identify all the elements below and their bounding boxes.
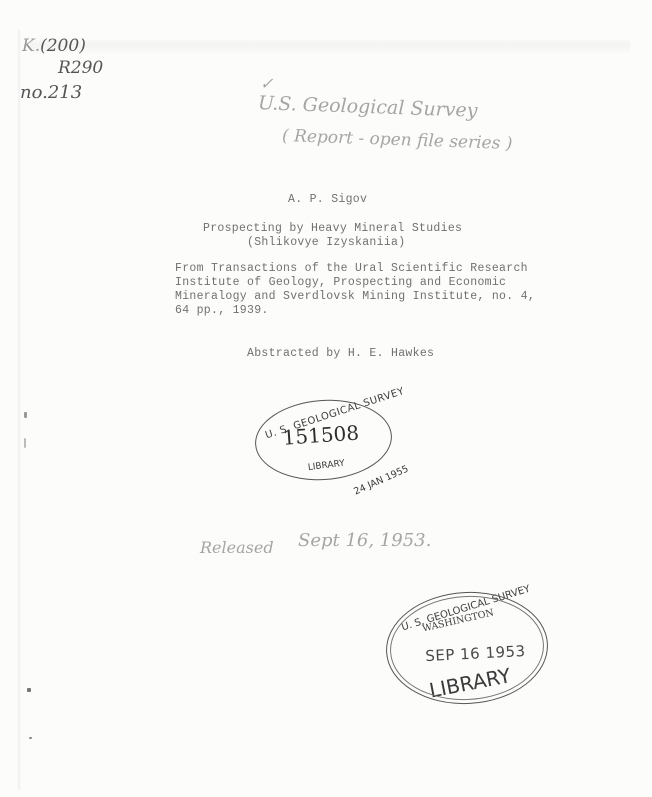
- document-subtitle: (Shlikovye Izyskaniia): [247, 236, 405, 250]
- check-mark: ✓: [260, 74, 273, 93]
- washington-library-stamp: U. S. GEOLOGICAL SURVEY WASHINGTON SEP 1…: [383, 588, 551, 708]
- document-title: Prospecting by Heavy Mineral Studies: [203, 222, 462, 236]
- source-line: From Transactions of the Ural Scientific…: [175, 262, 528, 276]
- handwritten-agency: U.S. Geological Survey: [258, 92, 478, 122]
- abstracted-by: Abstracted by H. E. Hawkes: [247, 347, 434, 361]
- page-edge: [18, 30, 21, 790]
- stamp-library-label: LIBRARY: [307, 459, 345, 473]
- stamp-arc-text: U. S. GEOLOGICAL SURVEY: [400, 584, 531, 634]
- source-line: Mineralogy and Sverdlovsk Mining Institu…: [175, 290, 535, 304]
- scan-speck: [24, 412, 27, 418]
- handwritten-series: ( Report - open file series ): [282, 126, 513, 154]
- call-number-line1: K.(200): [22, 36, 86, 56]
- author: A. P. Sigov: [288, 193, 367, 207]
- release-date: Sept 16, 1953.: [298, 530, 431, 551]
- stamp-location: WASHINGTON: [421, 607, 495, 634]
- call-number-line3: no.213: [20, 82, 82, 103]
- stamp-date: SEP 16 1953: [425, 642, 526, 665]
- scan-speck: [27, 688, 31, 692]
- scanned-page: K.(200) R290 no.213 ✓ U.S. Geological Su…: [0, 0, 652, 797]
- scan-speck: [24, 438, 26, 448]
- released-label: Released: [200, 538, 274, 557]
- source-line: 64 pp., 1939.: [175, 304, 269, 318]
- stamp-library-label: LIBRARY: [427, 663, 512, 702]
- scan-shadow: [30, 40, 630, 54]
- library-accession-stamp: U. S. GEOLOGICAL SURVEY 151508 LIBRARY: [252, 395, 394, 484]
- accession-number: 151508: [282, 421, 360, 450]
- scan-speck: [29, 737, 32, 739]
- source-line: Institute of Geology, Prospecting and Ec…: [175, 276, 506, 290]
- call-number-line2: R290: [58, 58, 103, 78]
